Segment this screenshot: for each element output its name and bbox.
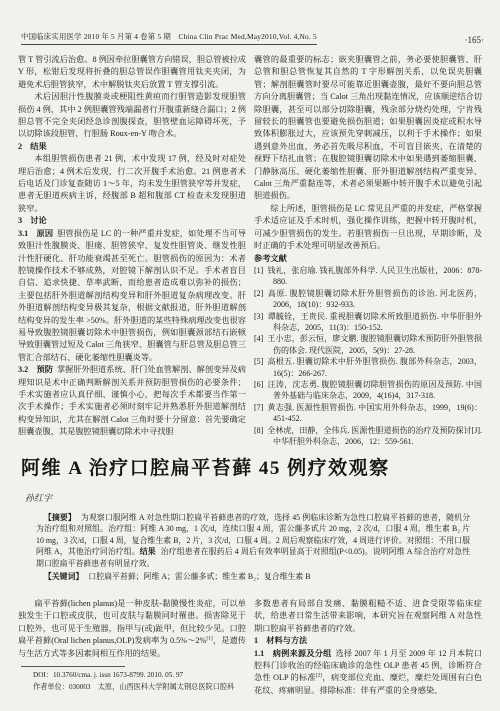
reference-item: [7]黄志强. 医源性胆管损伤. 中国实用外科杂志，1999，19(6)：451… bbox=[254, 402, 482, 425]
journal-issue-line: 中国临床实用医学 2010 年 5 月第 4 卷第 5 期 China Clin… bbox=[21, 31, 317, 45]
paragraph: 囊管的最重要的标志；嵌夹胆囊管之前，务必要使胆囊管、肝总管和胆总管恢复其自然的 … bbox=[254, 54, 482, 203]
running-head: 中国临床实用医学 2010 年 5 月第 4 卷第 5 期 China Clin… bbox=[21, 31, 484, 45]
paragraph: 1.1 病例来源及分组选择 2007 年 1 月至 2009 年 12 月本院口… bbox=[254, 648, 482, 698]
page-number: ·165· bbox=[465, 35, 485, 45]
reference-number: [8] bbox=[254, 426, 263, 435]
paragraph: 多数患者有局部自发痛、黏膜粗糙不适、进食受限等临床症状，给患者日常生活带来影响，… bbox=[254, 598, 482, 635]
reference-text: 全林虎，田静，全伟兵. 医源性胆道损伤的治疗及预防探讨[J]. 中华肝胆外科杂志… bbox=[267, 426, 482, 446]
article2-left-column: 扁平苔藓(lichen planus)是一种皮肤-黏膜慢性炎症，可以单独发生于口… bbox=[18, 598, 246, 664]
reference-item: [4]王小忠，彭云恒，廖文鹏. 腹腔镜胆囊切除术预防肝外胆管损伤的体会. 现代医… bbox=[254, 333, 482, 356]
reference-text: 谭毓铨，王贵民. 重视胆囊切除术所致胆道损伤. 中华肝胆外科杂志，2005，11… bbox=[267, 312, 482, 332]
subsection-label-cause: 3.1 原因 bbox=[18, 229, 53, 238]
reference-text: 高原. 腹腔镜胆囊切除术肝外胆管损伤的诊治. 河北医药，2006，18(10)：… bbox=[267, 289, 482, 309]
reference-text: 王小忠，彭云恒，廖文鹏. 腹腔镜胆囊切除术预防肝外胆管损伤的体会. 现代医院，2… bbox=[267, 334, 482, 354]
keywords-label: 【关键词】 bbox=[44, 572, 83, 581]
reference-item: [1]钱礼，张启瑜. 钱礼腹部外科学. 人民卫生出版社，2006：878-880… bbox=[254, 265, 482, 288]
journal-page: 中国临床实用医学 2010 年 5 月第 4 卷第 5 期 China Clin… bbox=[0, 0, 500, 711]
abstract-results-label: 结果 bbox=[140, 547, 156, 556]
reference-item: [2]高原. 腹腔镜胆囊切除术肝外胆管损伤的诊治. 河北医药，2006，18(1… bbox=[254, 288, 482, 311]
paragraph: 本组胆管损伤患者 21 例，术中发现 17 例，经及时对症处理后治愈；4 例术后… bbox=[18, 153, 246, 215]
article2-right-column: 多数患者有局部自发痛、黏膜粗糙不适、进食受限等临床症状，给患者日常生活带来影响，… bbox=[254, 598, 482, 711]
paragraph: 扁平苔藓(lichen planus)是一种皮肤-黏膜慢性炎症，可以单独发生于口… bbox=[18, 598, 246, 660]
reference-number: [3] bbox=[254, 312, 263, 321]
article1-left-column: 管 T 管引流后治愈。8 例因牵拉胆囊管方向错误，胆总管被拉成 Y 形，松钳后发… bbox=[18, 54, 246, 451]
paragraph: 3.2 预防掌握肝外胆道系统、肝门处血管解剖、解剖变异及病理知识是术中正确判断解… bbox=[18, 364, 246, 438]
article1-body: 管 T 管引流后治愈。8 例因牵拉胆囊管方向错误，胆总管被拉成 Y 形，松钳后发… bbox=[18, 54, 482, 451]
doi-line: DOI：10.3760/cma. j. issn 1673-8799. 2010… bbox=[21, 670, 251, 682]
keywords-text: 口腔扁平苔藓；阿维 A；雷公藤多甙；维生素 B₂；复合维生素 B bbox=[88, 572, 310, 581]
paragraph: 管 T 管引流后治愈。8 例因牵拉胆囊管方向错误，胆总管被拉成 Y 形，松钳后发… bbox=[18, 54, 246, 91]
subsection-label-cases: 1.1 病例来源及分组 bbox=[254, 649, 331, 658]
paragraph: 综上所述，胆管损伤是 LC 常见且严重的并发症，严格掌握手术适应证及手术时机，强… bbox=[254, 203, 482, 253]
reference-item: [5]高根五. 胆囊切除术中肝外胆管损伤. 腹部外科杂志，2003，16(5)：… bbox=[254, 356, 482, 379]
abstract-block: 【摘要】为观察口服阿维 A 对急性期口腔扁平苔藓患者的疗效，选择 45 例临床诊… bbox=[36, 512, 470, 582]
reference-text: 高根五. 胆囊切除术中肝外胆管损伤. 腹部外科杂志，2003，16(5)：266… bbox=[267, 357, 482, 377]
reference-list: [1]钱礼，张启瑜. 钱礼腹部外科学. 人民卫生出版社，2006：878-880… bbox=[254, 265, 482, 448]
reference-text: 汪涛，沈志勇. 腹腔镜胆囊切除胆管损伤的原因及预防. 中国普外基础与临床杂志，2… bbox=[267, 380, 482, 400]
reference-text: 钱礼，张启瑜. 钱礼腹部外科学. 人民卫生出版社，2006：878-880. bbox=[267, 266, 482, 286]
subsection-label-prevention: 3.2 预防 bbox=[18, 365, 53, 374]
reference-text: 黄志强. 医源性胆管损伤. 中国实用外科杂志，1999，19(6)：451-45… bbox=[267, 403, 482, 423]
article1-right-column: 囊管的最重要的标志；嵌夹胆囊管之前，务必要使胆囊管、肝总管和胆总管恢复其自然的 … bbox=[254, 54, 482, 451]
author-name: 孙红宇 bbox=[25, 491, 52, 504]
reference-number: [7] bbox=[254, 403, 263, 412]
reference-number: [2] bbox=[254, 289, 263, 298]
abstract-paragraph: 【摘要】为观察口服阿维 A 对急性期口腔扁平苔藓患者的疗效，选择 45 例临床诊… bbox=[36, 512, 470, 569]
reference-number: [5] bbox=[254, 357, 263, 366]
paragraph: 术后因胆汁性腹膜炎或梗阻性黄疸而行胆管造影发现胆管损伤 4 例，其中 2 例胆囊… bbox=[18, 91, 246, 141]
author-footnote: DOI：10.3760/cma. j. issn 1673-8799. 2010… bbox=[21, 666, 251, 693]
reference-item: [6]汪涛，沈志勇. 腹腔镜胆囊切除胆管损伤的原因及预防. 中国普外基础与临床杂… bbox=[254, 379, 482, 402]
reference-item: [8]全林虎，田静，全伟兵. 医源性胆道损伤的治疗及预防探讨[J]. 中华肝胆外… bbox=[254, 425, 482, 448]
reference-number: [1] bbox=[254, 266, 263, 275]
references-heading: 参考文献 bbox=[254, 253, 482, 265]
affiliation-line: 作者单位：030003 太原，山西医科大学附属太钢总医院口腔科 bbox=[21, 682, 251, 694]
article2-body: 扁平苔藓(lichen planus)是一种皮肤-黏膜慢性炎症，可以单独发生于口… bbox=[18, 598, 482, 711]
paragraph-text: 胆管损伤是 LC 的一种严重并发症，如处理不当可导致胆汁性腹膜炎、胆瘘、胆管狭窄… bbox=[18, 229, 246, 362]
paragraph-text: 掌握肝外胆道系统、肝门处血管解剖、解剖变异及病理知识是术中正确判断解剖关系并预防… bbox=[18, 365, 246, 436]
footnote-rule bbox=[21, 666, 125, 667]
section-heading-methods: 1 材料与方法 bbox=[254, 635, 482, 647]
reference-number: [6] bbox=[254, 380, 263, 389]
section-heading-results: 2 结果 bbox=[18, 141, 246, 153]
reference-number: [4] bbox=[254, 334, 263, 343]
abstract-label: 【摘要】 bbox=[44, 513, 76, 522]
keywords-line: 【关键词】口腔扁平苔藓；阿维 A；雷公藤多甙；维生素 B₂；复合维生素 B bbox=[36, 571, 470, 582]
reference-item: [3]谭毓铨，王贵民. 重视胆囊切除术所致胆道损伤. 中华肝胆外科杂志，2005… bbox=[254, 311, 482, 334]
section-heading-discussion: 3 讨论 bbox=[18, 215, 246, 227]
article-title: 阿维 A 治疗口腔扁平苔藓 45 例疗效观察 bbox=[21, 453, 480, 480]
paragraph: 3.1 原因胆管损伤是 LC 的一种严重并发症，如处理不当可导致胆汁性腹膜炎、胆… bbox=[18, 228, 246, 364]
